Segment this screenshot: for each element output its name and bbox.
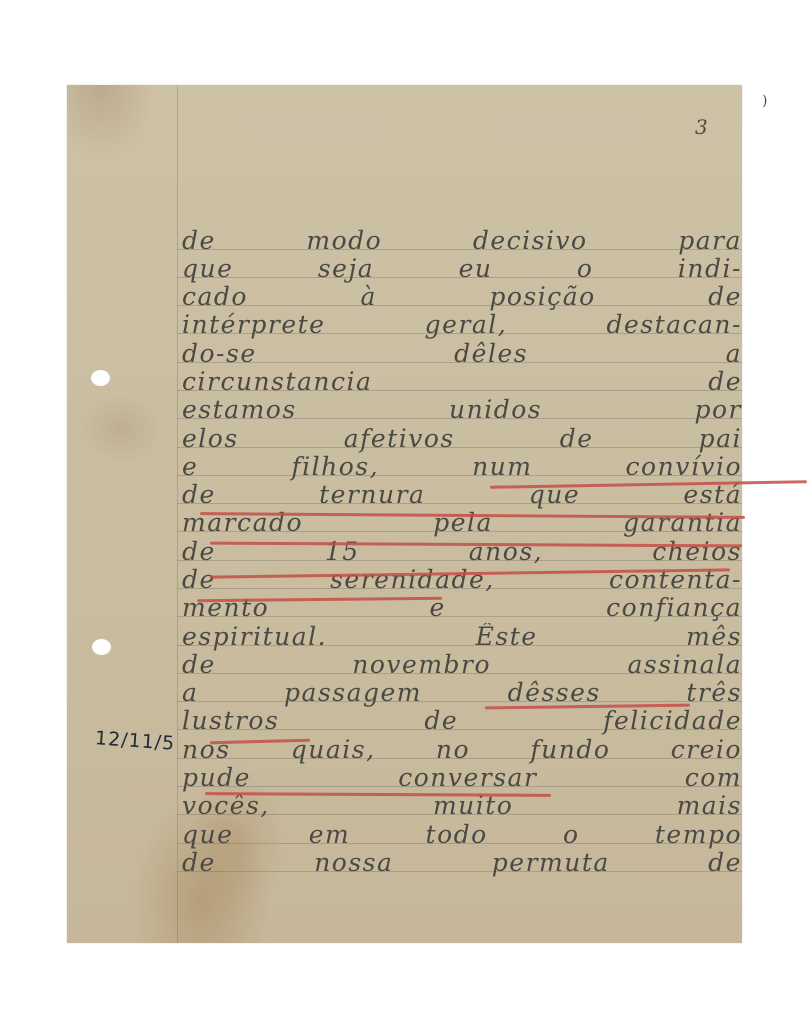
handwritten-word: todo [426, 821, 488, 849]
handwritten-word: o [577, 255, 594, 283]
handwritten-word: três [686, 679, 742, 707]
handwritten-line: do-sedêlesa [182, 340, 742, 368]
handwritten-word: a [726, 340, 742, 368]
handwritten-word: indi- [678, 255, 742, 283]
punch-hole [92, 639, 111, 655]
handwritten-word: Êste [476, 623, 538, 651]
handwritten-word: o [563, 821, 580, 849]
punch-hole [91, 370, 110, 386]
margin-date-note: 12/11/5 [94, 727, 176, 755]
handwritten-word: à [360, 283, 376, 311]
handwritten-word: estamos [182, 396, 297, 424]
handwritten-word: por [694, 396, 742, 424]
handwritten-line: denovembroassinala [182, 651, 742, 679]
handwritten-word: no [436, 736, 470, 764]
page-number: 3 [695, 115, 708, 139]
handwritten-word: cheios [652, 538, 742, 566]
handwritten-word: convívio [626, 453, 742, 481]
handwritten-word: espiritual. [182, 623, 327, 651]
handwritten-word: nossa [314, 849, 393, 877]
handwritten-word: de [182, 651, 216, 679]
handwritten-word: de [182, 566, 216, 594]
handwritten-word: de [182, 481, 216, 509]
handwritten-word: decisivo [473, 227, 588, 255]
handwritten-word: garantia [623, 509, 742, 537]
handwritten-line: elosafetivosdepai [182, 425, 742, 453]
handwritten-line: lustrosdefelicidade [182, 707, 742, 735]
handwritten-line: cadoàposiçãode [182, 283, 742, 311]
handwritten-word: mês [686, 623, 742, 651]
handwritten-line: quesejaeuoindi- [182, 255, 742, 283]
handwritten-word: modo [306, 227, 382, 255]
handwritten-word: fundo [530, 736, 610, 764]
handwritten-word: lustros [182, 707, 279, 735]
corner-mark: ) [762, 93, 767, 109]
handwritten-word: elos [182, 425, 239, 453]
handwritten-word: de [708, 283, 742, 311]
handwritten-word: afetivos [344, 425, 455, 453]
handwritten-word: serenidade, [330, 566, 495, 594]
handwritten-line: denossapermutade [182, 849, 742, 877]
handwritten-line: demododecisivopara [182, 227, 742, 255]
handwritten-word: que [182, 821, 233, 849]
handwritten-word: mais [677, 792, 742, 820]
handwritten-word: unidos [449, 396, 542, 424]
handwritten-word: conversar [398, 764, 537, 792]
handwritten-word: de [424, 707, 458, 735]
handwritten-word: e [182, 453, 198, 481]
handwritten-word: geral, [425, 311, 508, 339]
handwritten-line: circunstanciade [182, 368, 742, 396]
handwritten-word: a [182, 679, 198, 707]
handwritten-word: creio [671, 736, 742, 764]
handwritten-word: pude [182, 764, 251, 792]
handwritten-word: destacan- [606, 311, 742, 339]
handwritten-word: novembro [352, 651, 491, 679]
handwritten-word: do-se [182, 340, 257, 368]
handwritten-word: num [472, 453, 532, 481]
handwritten-word: dêsses [508, 679, 601, 707]
handwritten-line: pudeconversarcom [182, 764, 742, 792]
manuscript-page: ) 3 demododecisivopara quesejaeuoindi- c… [67, 85, 742, 943]
handwritten-word: circunstancia [182, 368, 372, 396]
handwritten-word: cado [182, 283, 248, 311]
handwritten-line: intérpretegeral,destacan- [182, 311, 742, 339]
handwritten-word: dêles [454, 340, 528, 368]
handwritten-line: queemtodootempo [182, 821, 742, 849]
handwritten-line: estamosunidospor [182, 396, 742, 424]
handwritten-word: com [685, 764, 742, 792]
handwritten-word: de [560, 425, 594, 453]
handwritten-word: permuta [492, 849, 610, 877]
handwritten-line: efilhos,numconvívio [182, 453, 742, 481]
handwritten-word: ternura [319, 481, 425, 509]
handwritten-word: vocês, [182, 792, 270, 820]
handwritten-word: assinala [628, 651, 742, 679]
handwritten-word: eu [459, 255, 493, 283]
handwritten-word: intérprete [182, 311, 325, 339]
handwritten-word: passagem [284, 679, 422, 707]
handwritten-word: em [309, 821, 351, 849]
handwritten-word: de [182, 849, 216, 877]
handwritten-word: filhos, [291, 453, 379, 481]
handwritten-word: de [182, 227, 216, 255]
handwritten-word: posição [489, 283, 595, 311]
handwritten-line: espiritual.Êstemês [182, 623, 742, 651]
handwritten-word: tempo [655, 821, 742, 849]
handwritten-word: para [678, 227, 742, 255]
handwritten-word: seja [318, 255, 374, 283]
handwritten-word: que [182, 255, 233, 283]
handwritten-word: de [708, 849, 742, 877]
handwritten-word: felicidade [603, 707, 742, 735]
handwritten-word: pai [699, 425, 742, 453]
handwritten-word: de [708, 368, 742, 396]
handwritten-line: apassagemdêssestrês [182, 679, 742, 707]
handwritten-word: confiança [606, 594, 742, 622]
